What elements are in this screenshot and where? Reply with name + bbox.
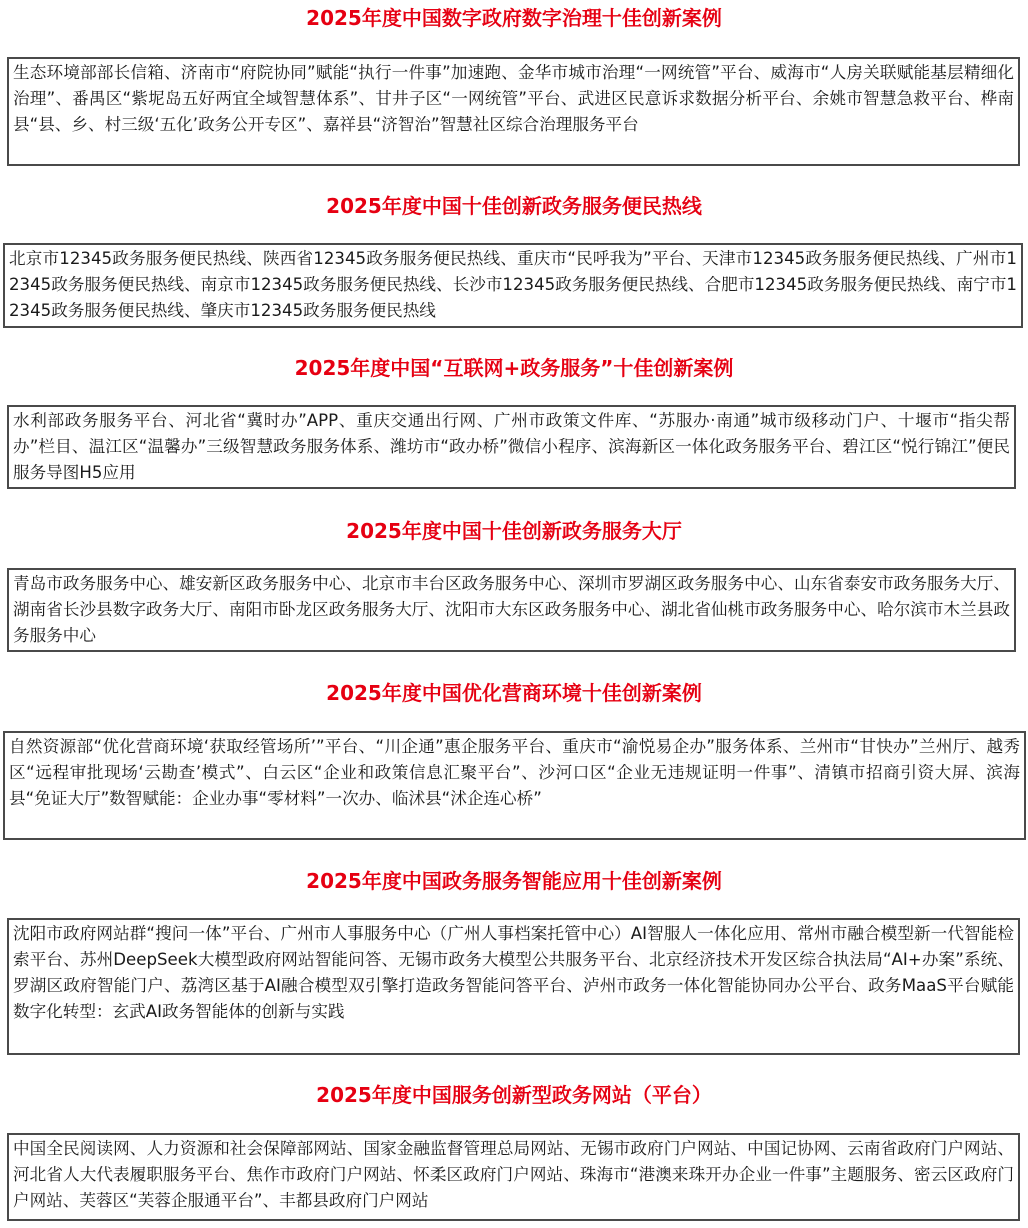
section-title-service-hall: 2025年度中国十佳创新政务服务大厅 [0,518,1028,544]
section-content-service-hall: 青岛市政务服务中心、雄安新区政务服务中心、北京市丰台区政务服务中心、深圳市罗湖区… [7,568,1016,652]
section-title-government-website: 2025年度中国服务创新型政务网站（平台） [0,1082,1028,1108]
section-title-hotline: 2025年度中国十佳创新政务服务便民热线 [0,193,1028,219]
section-title-business-environment: 2025年度中国优化营商环境十佳创新案例 [0,680,1028,706]
section-title-internet-plus: 2025年度中国“互联网+政务服务”十佳创新案例 [0,355,1028,381]
section-content-internet-plus: 水利部政务服务平台、河北省“冀时办”APP、重庆交通出行网、广州市政策文件库、“… [7,405,1016,489]
section-content-government-website: 中国全民阅读网、人力资源和社会保障部网站、国家金融监督管理总局网站、无锡市政府门… [7,1133,1020,1221]
section-content-business-environment: 自然资源部“优化营商环境‘获取经管场所’”平台、“川企通”惠企服务平台、重庆市“… [3,731,1026,840]
section-title-smart-application: 2025年度中国政务服务智能应用十佳创新案例 [0,868,1028,894]
section-content-digital-governance: 生态环境部部长信箱、济南市“府院协同”赋能“执行一件事”加速跑、金华市城市治理“… [7,57,1020,166]
section-content-hotline: 北京市12345政务服务便民热线、陕西省12345政务服务便民热线、重庆市“民呼… [3,243,1023,328]
section-content-smart-application: 沈阳市政府网站群“搜问一体”平台、广州市人事服务中心（广州人事档案托管中心）AI… [7,918,1020,1055]
section-title-digital-governance: 2025年度中国数字政府数字治理十佳创新案例 [0,5,1028,31]
